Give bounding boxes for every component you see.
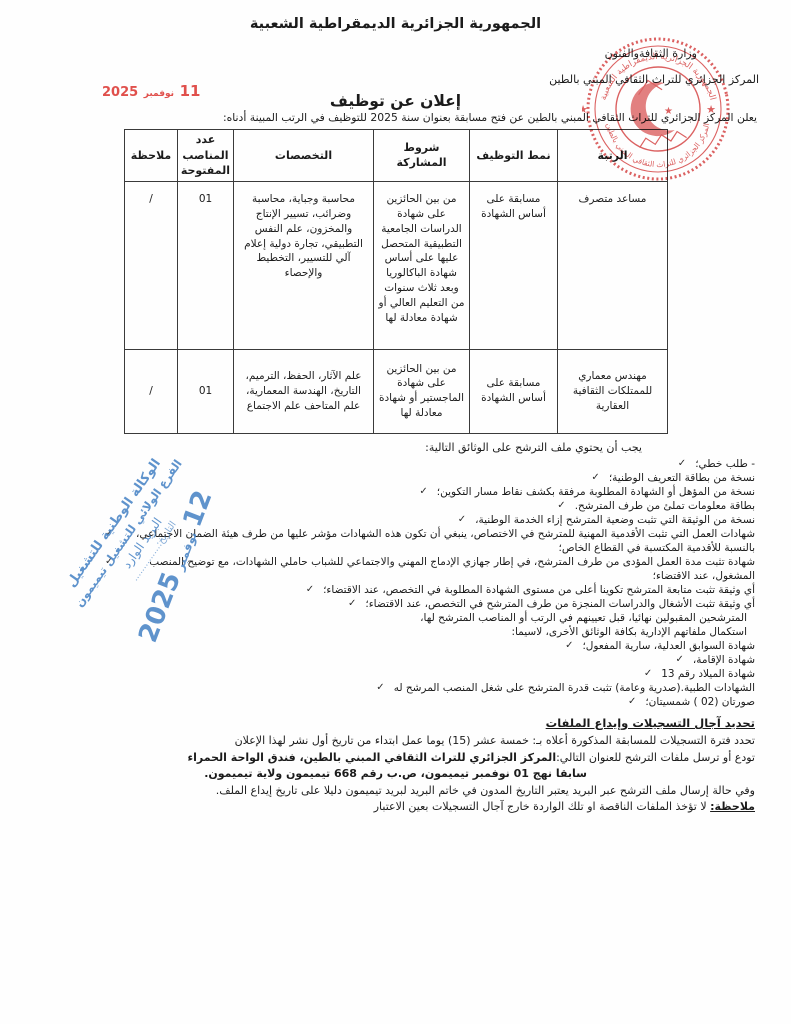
check-icon: ✓ (105, 527, 113, 541)
check-icon: ✓ (376, 681, 384, 695)
final-candidates-note-line1: المترشحين المقبولين نهائيا، قبل تعيينهم … (40, 611, 747, 625)
scanned-document-page: الجمهورية الجزائرية الديمقراطية الشعبية … (0, 0, 791, 1024)
final-candidates-note-line2: استكمال ملفاتهم الإدارية بكافة الوثائق ا… (40, 625, 747, 639)
checklist-item-text: شهادة الإقامة، (693, 653, 755, 667)
checklist-item: أي وثيقة تثبت متابعة المترشح تكوينا أعلى… (306, 583, 755, 597)
date-month: نوفمبر (144, 89, 174, 99)
note-paragraph: ملاحظة: لا تؤخذ الملفات الناقصة او تلك ا… (40, 799, 755, 816)
address-bold: المركز الجزائري للتراث الثقافي المبني با… (188, 751, 557, 764)
checklist-item: نسخة من بطاقة التعريف الوطنية؛ ✓ (591, 471, 755, 485)
red-date-stamp: 11 نوفمبر 2025 (102, 81, 200, 100)
checklist-item-text: شهادة تثبت مدة العمل المؤدى من طرف المتر… (122, 555, 755, 583)
check-icon: ✓ (348, 597, 356, 611)
cell-count: 01 (178, 349, 234, 433)
address-line2: سابقا نهج 01 نوفمبر تيميمون، ص.ب رقم 668… (40, 766, 587, 783)
checklist-item: نسخة من الوثيقة التي تثبت وضعية المترشح … (458, 513, 755, 527)
checklist-item-text: نسخة من بطاقة التعريف الوطنية؛ (609, 471, 755, 485)
checklist-item-text: أي وثيقة تثبت متابعة المترشح تكوينا أعلى… (323, 583, 755, 597)
checklist-item: الشهادات الطبية.(صدرية وعامة) تثبت قدرة … (376, 681, 755, 695)
checklist-item-text: بطاقة معلومات تملئ من طرف المترشح. (575, 499, 755, 513)
cell-conditions: من بين الحائزين على شهادة الدراسات الجام… (374, 181, 470, 349)
republic-title: الجمهورية الجزائرية الديمقراطية الشعبية (0, 0, 791, 32)
checklist-item: - طلب خطي؛ ✓ (678, 457, 755, 471)
documents-section-title: يجب أن يحتوي ملف الترشح على الوثائق التا… (425, 441, 642, 454)
header-mode: نمط التوظيف (470, 130, 558, 182)
deadline-period-line: تحدد فترة التسجيلات للمسابقة المذكورة أع… (40, 733, 755, 750)
cell-specialties: علم الآثار، الحفظ، الترميم، التاريخ، اله… (234, 349, 374, 433)
check-icon: ✓ (675, 653, 683, 667)
table-header-row: الرتبة نمط التوظيف شروط المشاركة التخصصا… (125, 130, 668, 182)
intro-text: يعلن المركز الجزائري للتراث الثقافي المب… (0, 111, 791, 124)
checklist-item-text: شهادة السوابق العدلية، سارية المفعول؛ (582, 639, 755, 653)
checklist-item: نسخة من المؤهل أو الشهادة المطلوبة مرفقة… (419, 485, 755, 499)
check-icon: ✓ (557, 499, 565, 513)
check-icon: ✓ (419, 485, 427, 499)
checklist-item: بطاقة معلومات تملئ من طرف المترشح. ✓ (557, 499, 755, 513)
check-icon: ✓ (591, 471, 599, 485)
header-rank: الرتبة (558, 130, 668, 182)
ministry-name: وزارة الثقافةوالفنون (30, 46, 697, 61)
check-icon: ✓ (678, 457, 686, 471)
check-icon: ✓ (458, 513, 466, 527)
checklist-item-text: - طلب خطي؛ (695, 457, 755, 471)
cell-conditions: من بين الحائزين على شهادة الماجستير أو ش… (374, 349, 470, 433)
checklist-item: شهادة تثبت مدة العمل المؤدى من طرف المتر… (105, 555, 755, 583)
header-open-positions: عدد المناصب المفتوحة (178, 130, 234, 182)
note-text: لا تؤخذ الملفات الناقصة او تلك الواردة خ… (374, 800, 710, 813)
checklist-item: شهادة السوابق العدلية، سارية المفعول؛ ✓ (565, 639, 755, 653)
address-intro: تودع أو ترسل ملفات الترشح للعنوان التالي… (556, 751, 755, 764)
cell-mode: مسابقة على أساس الشهادة (470, 181, 558, 349)
checklist-item: شهادة الإقامة، ✓ (675, 653, 755, 667)
date-year: 2025 (102, 85, 138, 100)
recruitment-table: الرتبة نمط التوظيف شروط المشاركة التخصصا… (124, 129, 668, 434)
checklist-item-text: نسخة من الوثيقة التي تثبت وضعية المترشح … (475, 513, 755, 527)
checklist-item-text: نسخة من المؤهل أو الشهادة المطلوبة مرفقة… (437, 485, 755, 499)
checklist-item-text: شهادة الميلاد رقم 13 (661, 667, 755, 681)
address-line: تودع أو ترسل ملفات الترشح للعنوان التالي… (40, 750, 755, 767)
check-icon: ✓ (565, 639, 573, 653)
checklist-item: أي وثيقة تثبت الأشغال والدراسات المنجزة … (348, 597, 755, 611)
deadline-section: تحديد آجال التسجيلات وإيداع الملفات تحدد… (0, 709, 791, 816)
deadline-heading: تحديد آجال التسجيلات وإيداع الملفات (546, 715, 755, 732)
header-conditions: شروط المشاركة (374, 130, 470, 182)
checklist-item-text: صورتان (02 ) شمسيتان؛ (645, 695, 755, 709)
cell-count: 01 (178, 181, 234, 349)
checklist-item-text: شهادات العمل التي تثبت الأقدمية المهنية … (122, 527, 755, 555)
check-icon: ✓ (644, 667, 652, 681)
checklist-item-text: أي وثيقة تثبت الأشغال والدراسات المنجزة … (365, 597, 755, 611)
announcement-header: 11 نوفمبر 2025 إعلان عن توظيف (0, 91, 791, 110)
date-day: 11 (180, 82, 201, 100)
announcement-title: إعلان عن توظيف (330, 92, 461, 110)
header-specialties: التخصصات (234, 130, 374, 182)
check-icon: ✓ (628, 695, 636, 709)
header-note: ملاحظة (125, 130, 178, 182)
checklist-item-text: الشهادات الطبية.(صدرية وعامة) تثبت قدرة … (394, 681, 755, 695)
cell-note: / (125, 181, 178, 349)
checklist-item: صورتان (02 ) شمسيتان؛ ✓ (628, 695, 755, 709)
note-label: ملاحظة: (710, 800, 755, 813)
table-row: مساعد متصرف مسابقة على أساس الشهادة من ب… (125, 181, 668, 349)
cell-rank: مهندس معماري للممتلكات الثقافية العقارية (558, 349, 668, 433)
cell-specialties: محاسبة وجباية، محاسبة وضرائب، تسيير الإن… (234, 181, 374, 349)
cell-mode: مسابقة على أساس الشهادة (470, 349, 558, 433)
table-row: مهندس معماري للممتلكات الثقافية العقارية… (125, 349, 668, 433)
check-icon: ✓ (105, 555, 113, 569)
checklist-item: شهادات العمل التي تثبت الأقدمية المهنية … (105, 527, 755, 555)
postal-rule-line: وفي حالة إرسال ملف الترشح عبر البريد يعت… (40, 783, 755, 800)
checklist-item: شهادة الميلاد رقم 13 ✓ (644, 667, 755, 681)
check-icon: ✓ (306, 583, 314, 597)
cell-note: / (125, 349, 178, 433)
cell-rank: مساعد متصرف (558, 181, 668, 349)
documents-checklist: - طلب خطي؛ ✓ نسخة من بطاقة التعريف الوطن… (0, 457, 791, 709)
